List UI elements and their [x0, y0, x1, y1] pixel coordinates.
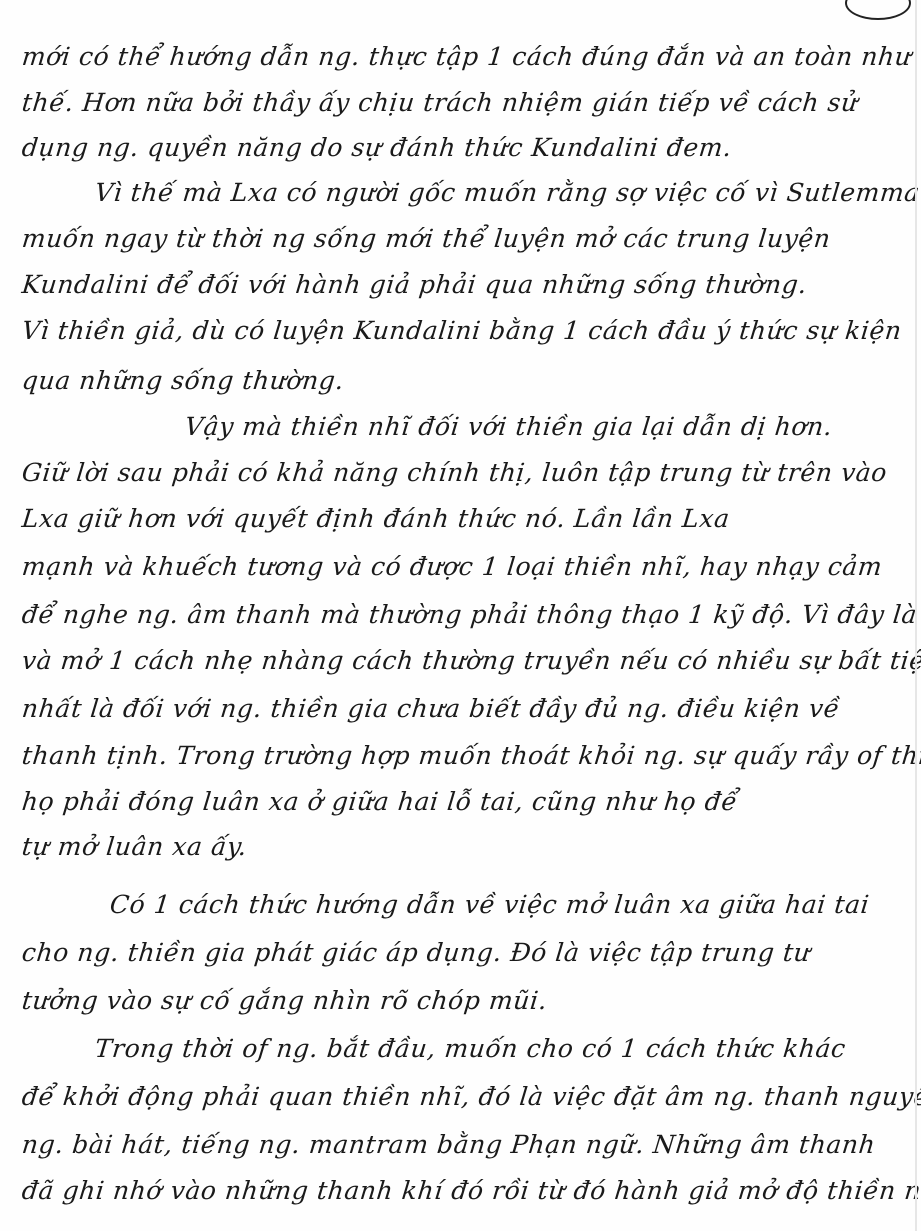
text-line: Vì thiền giả, dù có luyện Kundalini bằng…: [20, 316, 898, 346]
text-line: Giữ lời sau phải có khả năng chính thị, …: [20, 458, 898, 488]
text-line: Có 1 cách thức hướng dẫn về việc mở luân…: [108, 890, 898, 920]
text-line: Trong thời of ng. bắt đầu, muốn cho có 1…: [93, 1034, 898, 1064]
text-line: qua những sống thường.: [20, 366, 898, 396]
text-line: nhất là đối với ng. thiền gia chưa biết …: [20, 694, 898, 724]
text-line: Kundalini để đối với hành giả phải qua n…: [20, 270, 898, 300]
text-line: tự mở luân xa ấy.: [20, 832, 898, 862]
text-line: để khởi động phải quan thiền nhĩ, đó là …: [20, 1082, 898, 1112]
text-line: Vậy mà thiền nhĩ đối với thiền gia lại d…: [183, 412, 898, 442]
text-line: mạnh và khuếch tương và có được 1 loại t…: [20, 552, 898, 582]
text-line: và mở 1 cách nhẹ nhàng cách thường truyề…: [20, 646, 898, 676]
page-number-circle: [845, 0, 911, 20]
text-line: dụng ng. quyền năng do sự đánh thức Kund…: [20, 133, 898, 163]
text-line: thế. Hơn nữa bởi thầy ấy chịu trách nhiệ…: [20, 88, 898, 118]
text-line: thanh tịnh. Trong trường hợp muốn thoát …: [20, 741, 898, 771]
text-line: Lxa giữ hơn với quyết định đánh thức nó.…: [20, 504, 898, 534]
text-line: tưởng vào sự cố gắng nhìn rõ chóp mũi.: [20, 986, 898, 1016]
text-line: Vì thế mà Lxa có người gốc muốn rằng sợ …: [93, 178, 898, 208]
text-line: họ phải đóng luân xa ở giữa hai lỗ tai, …: [20, 787, 898, 817]
text-line: để nghe ng. âm thanh mà thường phải thôn…: [20, 600, 898, 630]
text-line: cho ng. thiền gia phát giác áp dụng. Đó …: [20, 938, 898, 968]
text-line: muốn ngay từ thời ng sống mới thể luyện …: [20, 224, 898, 254]
page-edge: [915, 0, 917, 1231]
text-line: đã ghi nhớ vào những thanh khí đó rồi từ…: [20, 1176, 898, 1206]
handwritten-page: mới có thể hướng dẫn ng. thực tập 1 cách…: [0, 0, 921, 1231]
text-line: ng. bài hát, tiếng ng. mantram bằng Phạn…: [20, 1130, 898, 1160]
text-line: mới có thể hướng dẫn ng. thực tập 1 cách…: [20, 42, 898, 72]
